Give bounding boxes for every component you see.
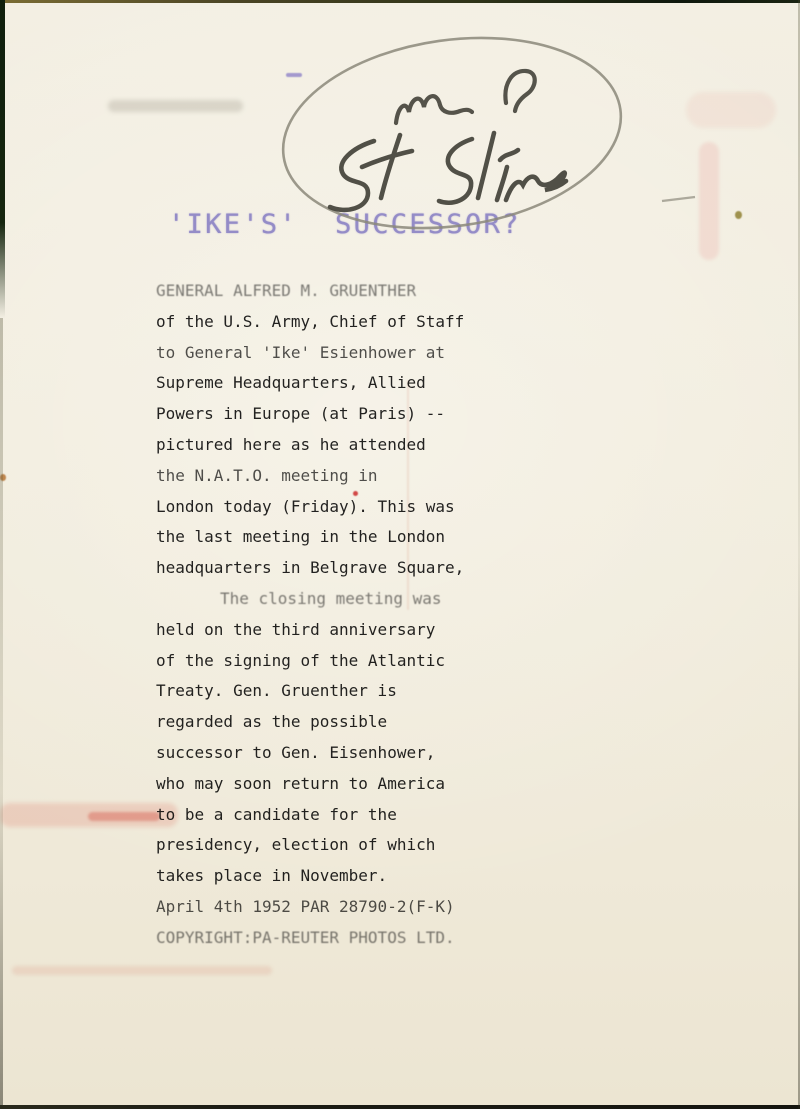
caption-line: April 4th 1952 PAR 28790-2(F-K) — [156, 892, 464, 923]
red-speckle-strip — [699, 142, 719, 260]
caption-line: who may soon return to America — [156, 769, 464, 800]
violet-ink-tick — [286, 73, 302, 77]
bottom-red-speckles — [12, 966, 272, 975]
caption-line: to General 'Ike' Esienhower at — [156, 338, 464, 369]
caption-line: the N.A.T.O. meeting in — [156, 461, 464, 492]
caption-line: to be a candidate for the — [156, 800, 464, 831]
caption-line: presidency, election of which — [156, 830, 464, 861]
handwriting-note — [396, 71, 535, 123]
photo-edge-bottom — [0, 1105, 800, 1109]
pencil-dash — [662, 197, 695, 201]
photo-edge-top — [0, 0, 800, 3]
caption-line: regarded as the possible — [156, 707, 464, 738]
caption-line: London today (Friday). This was — [156, 492, 464, 523]
caption-line: pictured here as he attended — [156, 430, 464, 461]
caption-line: The closing meeting was — [156, 584, 464, 615]
photo-edge-left — [0, 0, 5, 318]
red-speckle-patch — [686, 92, 776, 128]
caption-line: COPYRIGHT:PA-REUTER PHOTOS LTD. — [156, 923, 464, 954]
caption-line: held on the third anniversary — [156, 615, 464, 646]
caption-line: takes place in November. — [156, 861, 464, 892]
caption-line: Treaty. Gen. Gruenther is — [156, 676, 464, 707]
caption-line: GENERAL ALFRED M. GRUENTHER — [156, 276, 464, 307]
caption-line: of the signing of the Atlantic — [156, 646, 464, 677]
gray-smudge — [108, 100, 243, 112]
olive-stain-dot — [735, 211, 742, 219]
typewritten-title: 'IKE'S' SUCCESSOR? — [168, 209, 521, 240]
caption-line: of the U.S. Army, Chief of Staff — [156, 307, 464, 338]
caption-line: the last meeting in the London — [156, 522, 464, 553]
caption-line: Powers in Europe (at Paris) -- — [156, 399, 464, 430]
caption-line: successor to Gen. Eisenhower, — [156, 738, 464, 769]
handwriting-signature — [330, 133, 566, 210]
photo-edge-left-lower — [0, 318, 3, 1109]
typewritten-caption: GENERAL ALFRED M. GRUENTHER of the U.S. … — [156, 276, 464, 954]
caption-line: headquarters in Belgrave Square, — [156, 553, 464, 584]
caption-line: Supreme Headquarters, Allied — [156, 368, 464, 399]
press-photo-verso: 'IKE'S' SUCCESSOR? GENERAL ALFRED M. GRU… — [0, 0, 800, 1109]
red-ink-smudge-core — [88, 812, 160, 821]
